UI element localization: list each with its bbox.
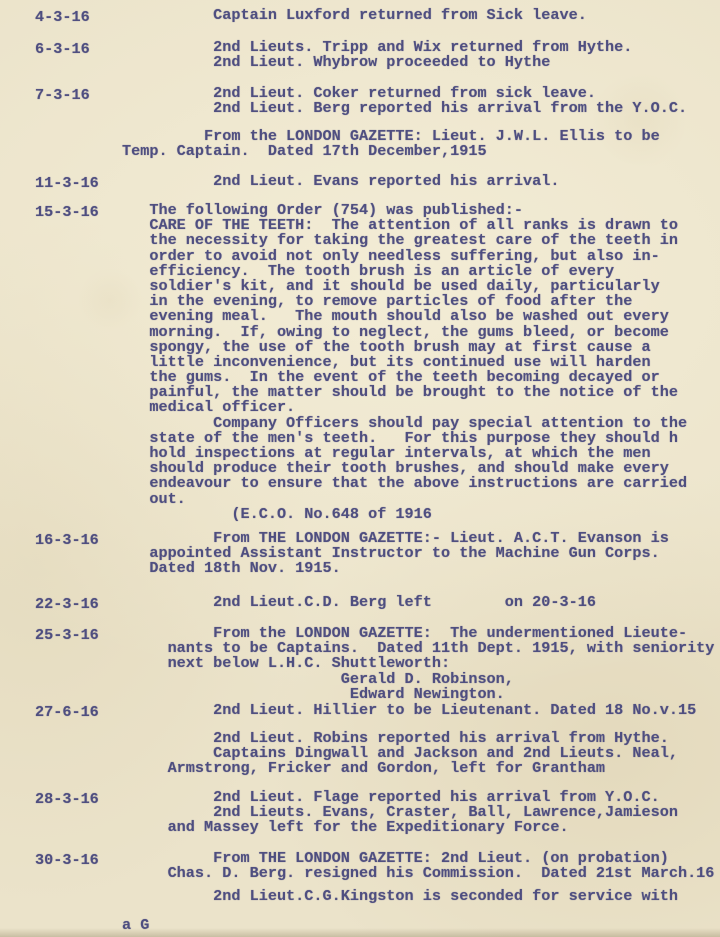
entry-line: Dated 18th Nov. 1915. [122,561,720,576]
entry-text: 2nd Lieuts. Tripp and Wix returned from … [122,40,720,70]
entry-date: 15-3-16 [35,203,99,221]
entry-text: 2nd Lieut. Coker returned from sick leav… [122,86,720,116]
entry-text: From the LONDON GAZETTE: Lieut. J.W.L. E… [122,129,720,159]
entry-text: Captain Luxford returned from Sick leave… [122,8,720,23]
entry-date: 7-3-16 [35,86,90,104]
entry-text: 2nd Lieut. Evans reported his arrival. [122,174,720,189]
entry-text: From THE LONDON GAZETTE: 2nd Lieut. (on … [122,851,720,881]
entry-line: (E.C.O. No.648 of 1916 [122,507,720,522]
entry-text: The following Order (754) was published:… [122,203,720,522]
entry-line: Armstrong, Fricker and Gordon, left for … [122,761,720,776]
entry-date: 27-6-16 [35,703,99,721]
entry-text: 2nd Lieut.C.G.Kingston is seconded for s… [122,889,720,904]
entry-line: 2nd Lieut. Whybrow proceeded to Hythe [122,55,720,70]
entry-date: 16-3-16 [35,531,99,549]
entry-text: 2nd Lieut. Robins reported his arrival f… [122,731,720,777]
entry-text: a G [122,918,720,933]
entry-line: 2nd Lieut.C.G.Kingston is seconded for s… [122,889,720,904]
entry-line: Edward Newington. [122,687,720,702]
entry-line: 2nd Lieut. Evans reported his arrival. [122,174,720,189]
entry-date: 11-3-16 [35,174,99,192]
entry-line: a G [122,918,720,933]
entry-date: 28-3-16 [35,790,99,808]
entry-line: Temp. Captain. Dated 17th December,1915 [122,144,720,159]
entry-line: Chas. D. Berg. resigned his Commission. … [122,866,720,881]
entry-text: From THE LONDON GAZETTE:- Lieut. A.C.T. … [122,531,720,577]
entry-date: 4-3-16 [35,8,90,26]
entry-line: 2nd Lieut. Berg reported his arrival fro… [122,101,720,116]
entry-date: 25-3-16 [35,626,99,644]
entry-text: 2nd Lieut. Flage reported his arrival fr… [122,790,720,836]
entry-text: 2nd Lieut. Hillier to be Lieutenant. Dat… [122,703,720,718]
entry-text: From the LONDON GAZETTE: The undermentio… [122,626,720,702]
entry-line: 2nd Lieut. Hillier to be Lieutenant. Dat… [122,703,720,718]
entry-line: and Massey left for the Expeditionary Fo… [122,820,720,835]
entry-line: endeavour to ensure that the above instr… [122,476,720,491]
document-page: 4-3-16 Captain Luxford returned from Sic… [0,0,720,937]
entry-text: 2nd Lieut.C.D. Berg left on 20-3-16 [122,595,720,610]
entry-date: 30-3-16 [35,851,99,869]
entry-line: 2nd Lieut.C.D. Berg left on 20-3-16 [122,595,720,610]
entry-date: 6-3-16 [35,40,90,58]
entry-date: 22-3-16 [35,595,99,613]
entry-line: Captain Luxford returned from Sick leave… [122,8,720,23]
